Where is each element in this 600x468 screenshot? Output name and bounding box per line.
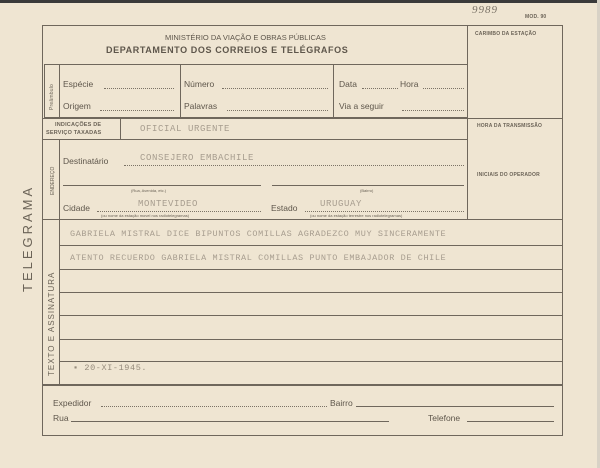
- cidade-hint: (ou nome da estação movel nos radioteleg…: [101, 213, 189, 218]
- origem-field[interactable]: [100, 110, 174, 111]
- cidade-value: MONTEVIDEO: [138, 199, 198, 209]
- scan-edge: [0, 0, 600, 3]
- via-label: Via a seguir: [339, 101, 384, 111]
- expedidor-field[interactable]: [101, 406, 327, 407]
- divider: [333, 64, 334, 118]
- message-rule: [60, 269, 563, 270]
- especie-field[interactable]: [104, 88, 174, 89]
- divider: [120, 119, 121, 139]
- divider: [59, 139, 60, 219]
- destinatario-value: CONSEJERO EMBACHILE: [140, 153, 254, 163]
- data-label: Data: [339, 79, 357, 89]
- divider: [59, 64, 60, 118]
- message-line-1: GABRIELA MISTRAL DICE BIPUNTOS COMILLAS …: [70, 229, 446, 239]
- divider: [59, 219, 60, 384]
- estado-hint: (ou nome da estação terrestre nos radiot…: [310, 213, 402, 218]
- ministry-title: MINISTÉRIO DA VIAÇÃO E OBRAS PÚBLICAS: [165, 33, 326, 42]
- transmission-time-label: HORA DA TRANSMISSÃO: [477, 123, 542, 129]
- model-number: MOD. 90: [525, 14, 546, 20]
- department-title: DEPARTAMENTO DOS CORREIOS E TELÉGRAFOS: [106, 45, 348, 55]
- hora-label: Hora: [400, 79, 418, 89]
- cidade-field[interactable]: [97, 211, 261, 212]
- bairro-line: [272, 185, 464, 186]
- right-column-divider: [467, 25, 468, 219]
- data-field[interactable]: [362, 88, 398, 89]
- numero-field[interactable]: [222, 88, 328, 89]
- service-label-line2: SERVIÇO TAXADAS: [46, 130, 101, 136]
- message-rule: [60, 292, 563, 293]
- serial-number: 9989: [472, 4, 498, 16]
- bairro-label: Bairro: [330, 398, 353, 408]
- operator-initials-label: INICIAIS DO OPERADOR: [477, 172, 540, 178]
- especie-label: Espécie: [63, 79, 93, 89]
- palavras-field[interactable]: [227, 110, 328, 111]
- destinatario-label: Destinatário: [63, 156, 108, 166]
- preamble-section-label: Preâmbulo: [49, 84, 55, 110]
- hora-field[interactable]: [423, 88, 464, 89]
- divider: [42, 139, 468, 140]
- divider: [42, 219, 563, 220]
- destinatario-field[interactable]: [124, 165, 464, 166]
- origem-label: Origem: [63, 101, 91, 111]
- message-rule: [60, 339, 563, 340]
- estado-field[interactable]: [305, 211, 464, 212]
- divider: [42, 384, 563, 386]
- message-section-label: TEXTO E ASSINATURA: [47, 272, 56, 376]
- street-line: [63, 185, 261, 186]
- address-section-label: ENDEREÇO: [50, 167, 56, 195]
- message-rule: [60, 315, 563, 316]
- via-field[interactable]: [402, 110, 464, 111]
- expedidor-label: Expedidor: [53, 398, 91, 408]
- divider: [180, 64, 181, 118]
- estado-label: Estado: [271, 203, 297, 213]
- street-hint: (Rua, Avenida, etc.): [131, 188, 166, 193]
- bairro-hint: (Bairro): [360, 188, 373, 193]
- message-date: ▪ 20-XI-1945.: [73, 363, 147, 373]
- bairro-field[interactable]: [356, 406, 554, 407]
- estado-value: URUGUAY: [320, 199, 362, 209]
- palavras-label: Palavras: [184, 101, 217, 111]
- rua-field[interactable]: [71, 421, 389, 422]
- telefone-label: Telefone: [428, 413, 460, 423]
- message-rule: [60, 245, 563, 246]
- rua-label: Rua: [53, 413, 69, 423]
- station-stamp-label: CARIMBO DA ESTAÇÃO: [475, 31, 536, 37]
- message-line-2: ATENTO RECUERDO GABRIELA MISTRAL COMILLA…: [70, 253, 446, 263]
- message-rule: [60, 361, 563, 362]
- telefone-field[interactable]: [467, 421, 554, 422]
- service-label-line1: INDICAÇÕES DE: [55, 122, 101, 128]
- cidade-label: Cidade: [63, 203, 90, 213]
- service-value: OFICIAL URGENTE: [140, 124, 230, 134]
- telegrama-side-title: TELEGRAMA: [20, 185, 35, 292]
- numero-label: Número: [184, 79, 214, 89]
